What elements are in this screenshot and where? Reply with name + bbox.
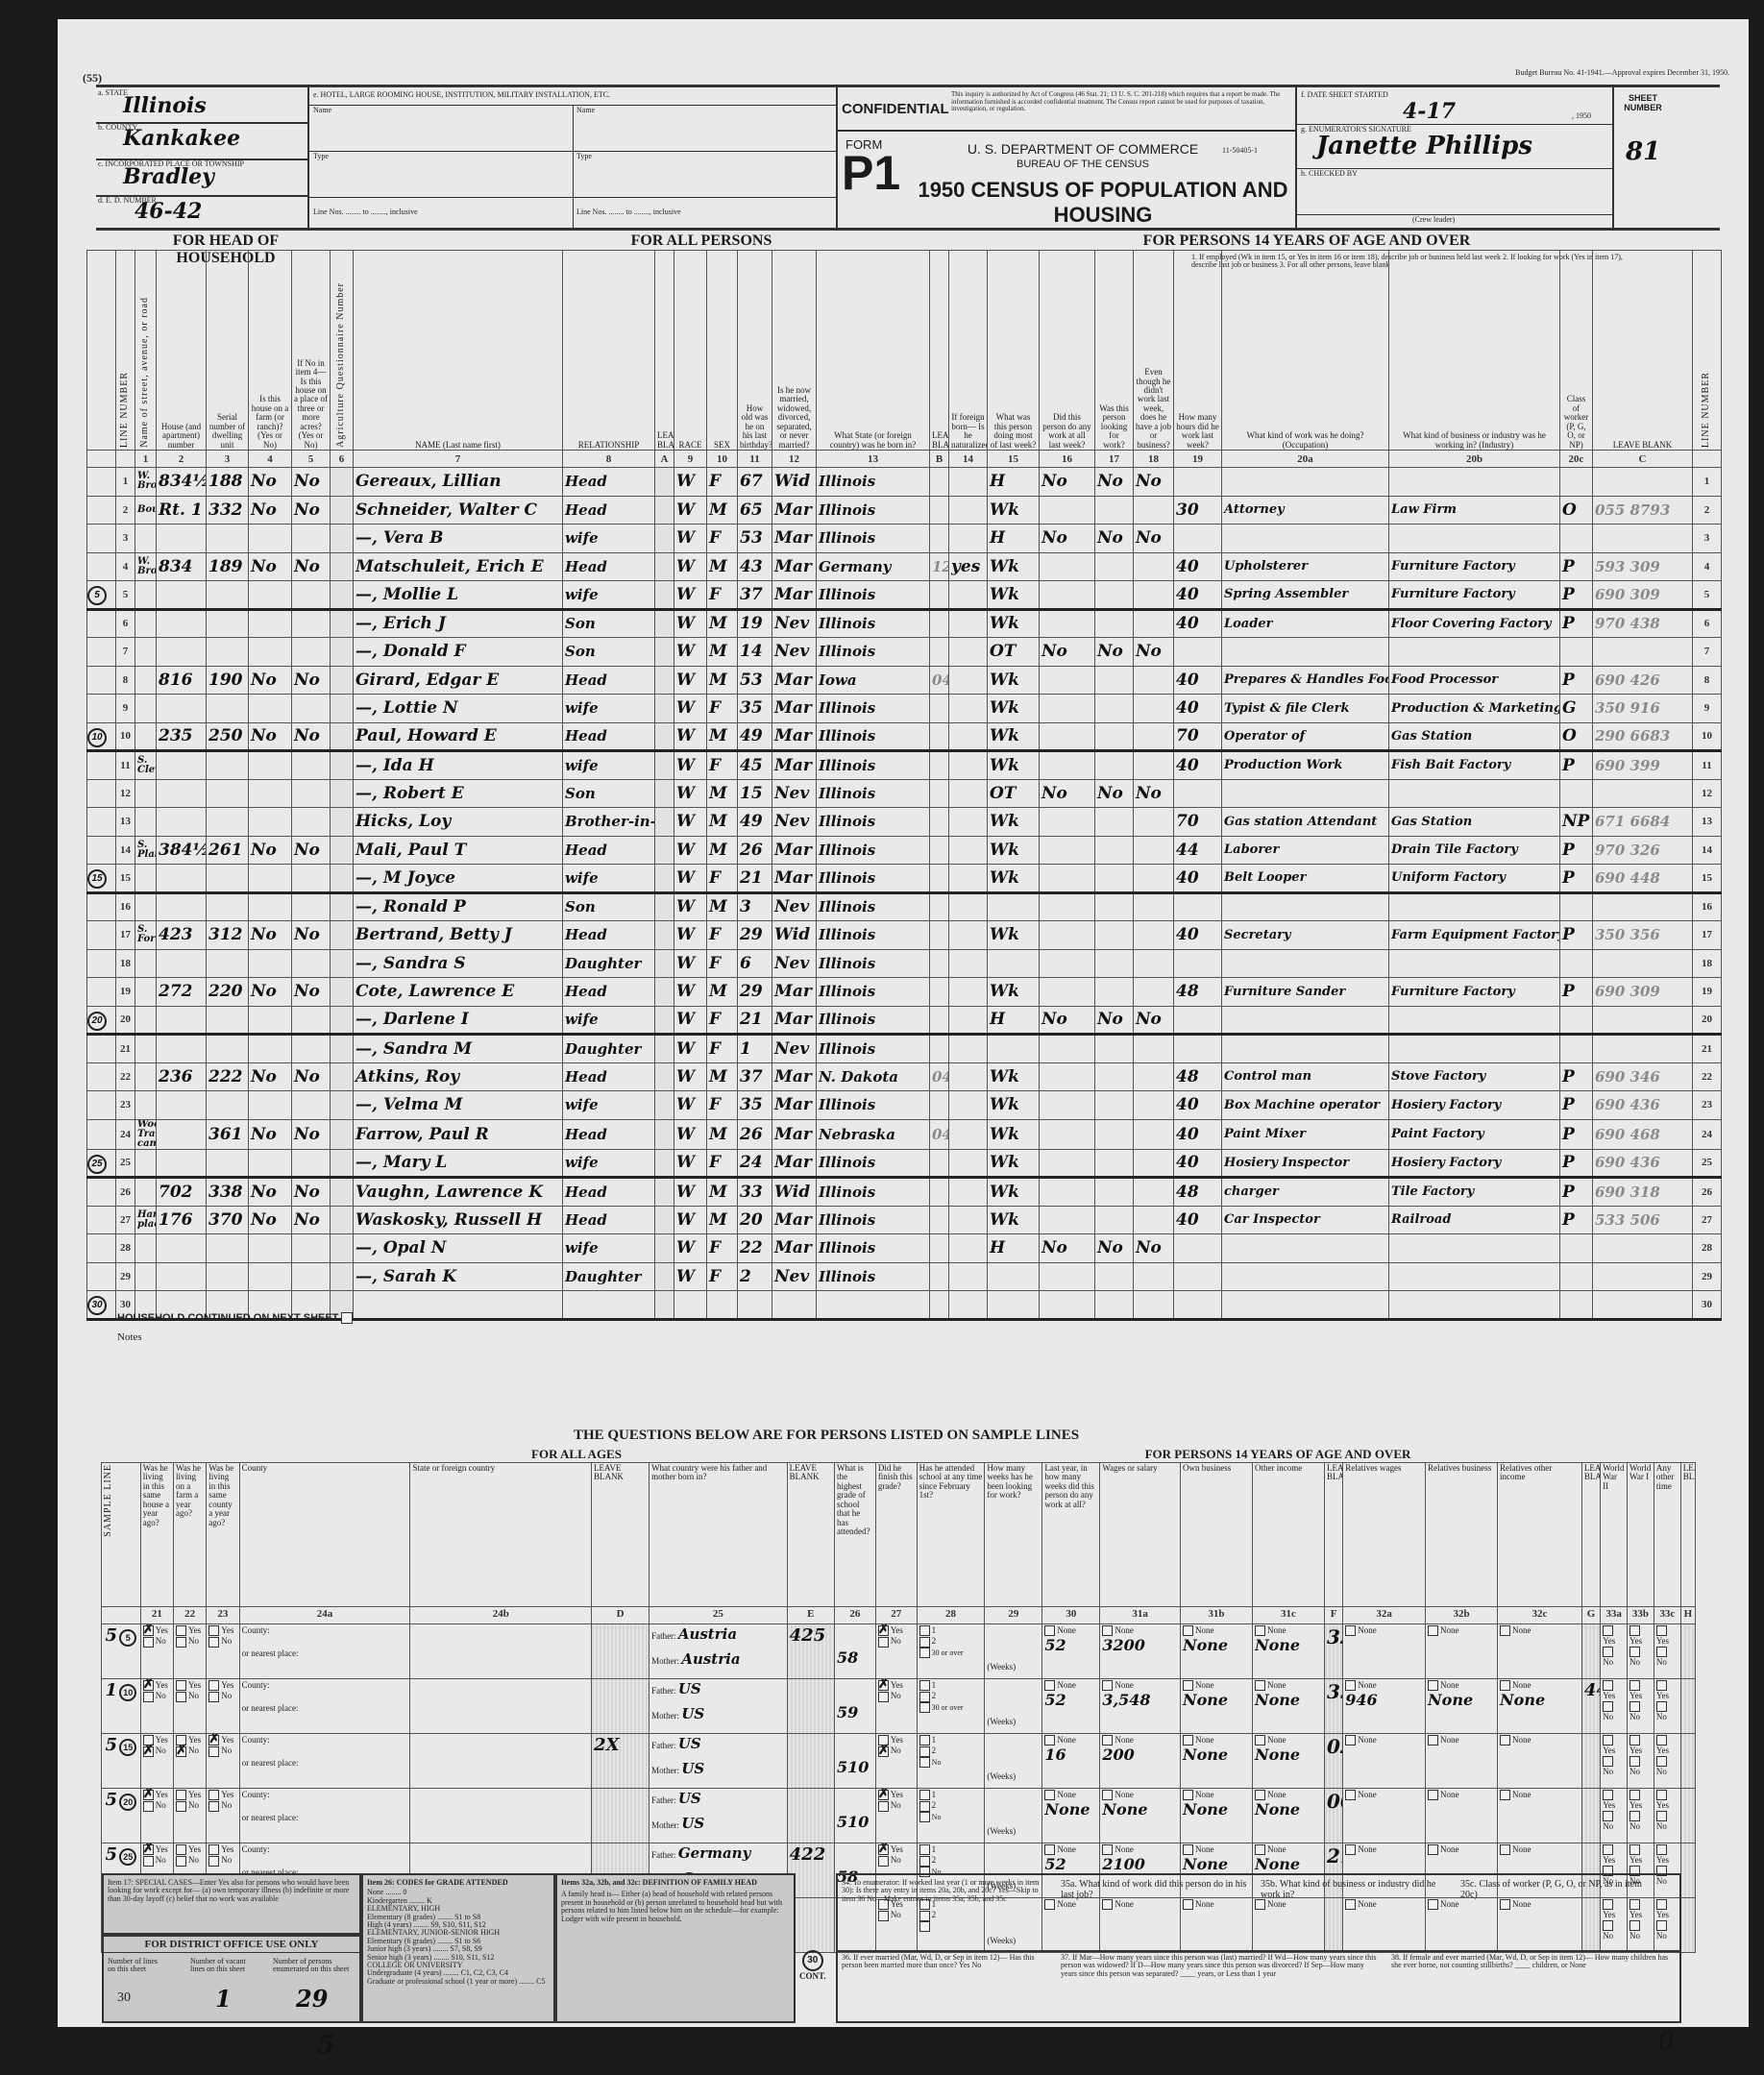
yes-label: Yes — [891, 1790, 903, 1799]
industry-cell: Floor Covering Factory — [1389, 609, 1560, 638]
q22-yes-checkbox[interactable] — [176, 1680, 186, 1691]
occupation-cell: Prepares & Handles Food Bags — [1222, 666, 1389, 695]
q30-none-checkbox[interactable] — [1044, 1735, 1055, 1745]
q33b-no-checkbox[interactable] — [1629, 1811, 1640, 1821]
house-number-cell: 176 — [157, 1206, 207, 1234]
q27-no-checkbox[interactable] — [878, 1856, 889, 1867]
q32c-none-checkbox[interactable] — [1500, 1680, 1510, 1691]
q27-no-checkbox[interactable] — [878, 1746, 889, 1757]
sample-header-row: SAMPLE LINE Was he living in this same h… — [102, 1463, 1696, 1607]
q21-no-checkbox[interactable] — [143, 1692, 154, 1702]
marital-status-cell: Mar — [772, 1149, 817, 1178]
q32a-none-checkbox[interactable] — [1345, 1735, 1356, 1745]
any-work-cell — [1040, 1119, 1095, 1149]
name-cell: —, M Joyce — [354, 865, 563, 893]
birthplace-cell: Illinois — [817, 468, 930, 497]
serial-number-cell: 220 — [207, 978, 249, 1007]
activity-cell: H — [988, 525, 1040, 553]
q31b-none-checkbox[interactable] — [1183, 1625, 1193, 1636]
q28-30-checkbox[interactable] — [919, 1812, 930, 1822]
page-ref: (55) — [83, 71, 102, 85]
age-cell: 1 — [738, 1035, 772, 1063]
census-row: 13Hicks, LoyBrother-in-lawWM49NevIllinoi… — [87, 808, 1722, 837]
sheet-number-label: SHEET NUMBER — [1618, 93, 1668, 112]
q22-yes-checkbox[interactable] — [176, 1790, 186, 1800]
sex-cell: M — [707, 1206, 738, 1234]
class-of-worker-cell: P — [1560, 1149, 1593, 1178]
none-label: None — [1267, 1625, 1286, 1635]
q32b-none-checkbox[interactable] — [1428, 1790, 1438, 1800]
q33a-yes-checkbox[interactable] — [1603, 1625, 1613, 1636]
agri-questionnaire-cell — [331, 666, 354, 695]
q33a: YesNo — [1603, 1735, 1625, 1776]
q22-no-checkbox[interactable] — [176, 1637, 186, 1648]
serial-number-cell — [207, 751, 249, 780]
yes-label: Yes — [1656, 1636, 1669, 1646]
q33b-no-checkbox[interactable] — [1629, 1647, 1640, 1657]
q33c-yes-checkbox[interactable] — [1656, 1680, 1667, 1691]
race-cell: W — [674, 666, 707, 695]
relationship-cell: Son — [563, 609, 655, 638]
q32b-none-checkbox[interactable] — [1428, 1735, 1438, 1745]
street-cell — [135, 695, 157, 723]
q31c-value: None — [1255, 1855, 1322, 1873]
q33c-no-checkbox[interactable] — [1656, 1701, 1667, 1712]
q32a-none-checkbox[interactable] — [1345, 1625, 1356, 1636]
q33a-no-checkbox[interactable] — [1603, 1756, 1613, 1767]
sex-cell: M — [707, 1062, 738, 1091]
occupation-cell — [1222, 468, 1389, 497]
q31c-none-checkbox[interactable] — [1255, 1735, 1265, 1745]
q33c-yes-checkbox[interactable] — [1656, 1735, 1667, 1745]
looking-for-work-cell — [1095, 552, 1134, 581]
any-work-cell — [1040, 1035, 1095, 1063]
none-label: None — [1115, 1735, 1134, 1745]
col-20a-header: What kind of work was he doing? (Occupat… — [1222, 251, 1389, 451]
agri-questionnaire-cell — [331, 921, 354, 950]
q27-yes-checkbox[interactable] — [878, 1625, 889, 1636]
none-label: None — [1195, 1844, 1214, 1854]
type-label-2: Type — [576, 153, 592, 160]
q31c-none-checkbox[interactable] — [1255, 1844, 1265, 1855]
naturalized-cell — [949, 1234, 988, 1263]
acres-cell — [292, 1234, 331, 1263]
street-cell — [135, 1234, 157, 1263]
sex-cell: M — [707, 1119, 738, 1149]
hours-cell: 40 — [1174, 1149, 1222, 1178]
q31a-none-checkbox[interactable] — [1102, 1735, 1113, 1745]
q33b: YesNo — [1629, 1790, 1652, 1831]
col-num: 12 — [772, 451, 817, 468]
q27-yes-checkbox[interactable] — [878, 1680, 889, 1691]
sample-line-marker — [87, 468, 116, 497]
age-cell: 33 — [738, 1178, 772, 1207]
no-label: No — [891, 1800, 901, 1810]
yes-label: Yes — [1629, 1800, 1642, 1810]
leave-blank-h — [1680, 1679, 1695, 1734]
q33a-header: World War II — [1601, 1463, 1628, 1607]
q33c-yes-checkbox[interactable] — [1656, 1790, 1667, 1800]
q33a-yes-checkbox[interactable] — [1603, 1844, 1613, 1855]
q31a-none-checkbox[interactable] — [1102, 1790, 1113, 1800]
q28-yes-checkbox[interactable] — [919, 1625, 930, 1636]
q21: YesNo — [143, 1790, 171, 1812]
race-cell: W — [674, 1178, 707, 1207]
farm-cell — [249, 865, 292, 893]
birthplace-cell: Illinois — [817, 722, 930, 751]
has-job-cell — [1134, 921, 1174, 950]
line-number: 17 — [116, 921, 135, 950]
q31c-none-checkbox[interactable] — [1255, 1680, 1265, 1691]
q23-no-checkbox[interactable] — [208, 1637, 219, 1648]
q32b-none-checkbox[interactable] — [1428, 1680, 1438, 1691]
house-number-cell — [157, 1234, 207, 1263]
q28-no-checkbox[interactable] — [919, 1856, 930, 1867]
q33c-yes-checkbox[interactable] — [1656, 1625, 1667, 1636]
q23-yes-checkbox[interactable] — [208, 1735, 219, 1745]
q28-30-checkbox[interactable] — [919, 1757, 930, 1768]
line-number: 28 — [116, 1234, 135, 1263]
q21-no-checkbox[interactable] — [143, 1801, 154, 1812]
q22-header: Was he living on a farm a year ago? — [174, 1463, 207, 1607]
q31b-none-checkbox[interactable] — [1183, 1790, 1193, 1800]
none-label: None — [1512, 1680, 1531, 1690]
birthplace-cell: Illinois — [817, 751, 930, 780]
farm-cell: No — [249, 921, 292, 950]
q32a-none-checkbox[interactable] — [1345, 1680, 1356, 1691]
no-label: No — [1603, 1657, 1613, 1667]
q28-30-checkbox[interactable] — [919, 1648, 930, 1658]
q32c-none-checkbox[interactable] — [1500, 1844, 1510, 1855]
marital-status-cell: Mar — [772, 722, 817, 751]
q21-yes-checkbox[interactable] — [143, 1790, 154, 1800]
street-cell — [135, 1091, 157, 1120]
q33c-yes-checkbox[interactable] — [1656, 1844, 1667, 1855]
house-number-cell: 702 — [157, 1178, 207, 1207]
house-number-cell — [157, 1119, 207, 1149]
q33a-yes-checkbox[interactable] — [1603, 1735, 1613, 1745]
industry-cell: Food Processor — [1389, 666, 1560, 695]
serial-number-cell — [207, 1091, 249, 1120]
q23-no-checkbox[interactable] — [208, 1692, 219, 1702]
code-cell: 690 346 — [1593, 1062, 1693, 1091]
below-mark: 5 — [317, 2031, 334, 2060]
has-job-cell: No — [1134, 1006, 1174, 1035]
yes-label: Yes — [1603, 1691, 1615, 1700]
acres-cell — [292, 525, 331, 553]
q33b-yes-checkbox[interactable] — [1629, 1844, 1640, 1855]
sample-line-marker — [87, 525, 116, 553]
col-num: 11 — [738, 451, 772, 468]
leave-blank-b-cell — [930, 1291, 949, 1320]
code-cell: 690 399 — [1593, 751, 1693, 780]
q27-yes-checkbox[interactable] — [878, 1790, 889, 1800]
leave-blank-a-cell — [655, 949, 674, 978]
q22-no-checkbox[interactable] — [176, 1692, 186, 1702]
none-label: None — [1512, 1844, 1531, 1854]
q28-yes-checkbox[interactable] — [919, 1844, 930, 1855]
q22: YesNo — [176, 1680, 204, 1702]
activity-cell: Wk — [988, 722, 1040, 751]
name-cell: Girard, Edgar E — [354, 666, 563, 695]
q23-yes-checkbox[interactable] — [208, 1625, 219, 1636]
has-job-cell — [1134, 1178, 1174, 1207]
q28-yes-checkbox[interactable] — [919, 1790, 930, 1800]
relationship-cell: wife — [563, 751, 655, 780]
q30-value: 16 — [1044, 1745, 1097, 1764]
q21-no-checkbox[interactable] — [143, 1746, 154, 1757]
any-work-cell: No — [1040, 779, 1095, 808]
line-number-right-header: LINE NUMBER — [1693, 251, 1722, 451]
sex-cell: M — [707, 892, 738, 921]
race-cell: W — [674, 892, 707, 921]
father-country: Austria — [678, 1625, 737, 1643]
q33b: YesNo — [1629, 1680, 1652, 1721]
occupation-cell: Hosiery Inspector — [1222, 1149, 1389, 1178]
birthplace-cell: Illinois — [817, 1234, 930, 1263]
relationship-cell: wife — [563, 581, 655, 610]
q23-no-checkbox[interactable] — [208, 1856, 219, 1867]
name-label-1: Name — [313, 107, 331, 114]
looking-for-work-cell — [1095, 1178, 1134, 1207]
q31b: NoneNone — [1183, 1844, 1250, 1873]
q21: YesNo — [143, 1625, 171, 1648]
class-of-worker-cell — [1560, 1234, 1593, 1263]
q32b-none-checkbox[interactable] — [1428, 1844, 1438, 1855]
q33c-no-checkbox[interactable] — [1656, 1756, 1667, 1767]
q31b: NoneNone — [1183, 1735, 1250, 1764]
bureau: BUREAU OF THE CENSUS — [943, 159, 1222, 170]
q32b: NoneNone — [1428, 1680, 1495, 1709]
industry-cell: Uniform Factory — [1389, 865, 1560, 893]
sample-line-marker — [87, 978, 116, 1007]
q32b-none-checkbox[interactable] — [1428, 1625, 1438, 1636]
q31a-none-checkbox[interactable] — [1102, 1680, 1113, 1691]
yes-label: Yes — [1656, 1745, 1669, 1755]
farm-cell: No — [249, 1178, 292, 1207]
q32c-none-checkbox[interactable] — [1500, 1625, 1510, 1636]
q28-no-checkbox[interactable] — [919, 1692, 930, 1702]
name-cell: Atkins, Roy — [354, 1062, 563, 1091]
q23-no-checkbox[interactable] — [208, 1746, 219, 1757]
q27-yes-checkbox[interactable] — [878, 1844, 889, 1855]
line-number-right: 4 — [1693, 552, 1722, 581]
race-cell: W — [674, 525, 707, 553]
q32c-none-checkbox[interactable] — [1500, 1735, 1510, 1745]
household-continued-checkbox[interactable] — [341, 1312, 353, 1324]
date-year: , 1950 — [1572, 112, 1591, 120]
has-job-cell — [1134, 836, 1174, 865]
sample-line-number: 15 — [119, 1739, 136, 1756]
q21-no-checkbox[interactable] — [143, 1637, 154, 1648]
line-number: 22 — [116, 1062, 135, 1091]
age-cell: 14 — [738, 638, 772, 667]
nearest-place-label: or nearest place: — [242, 1648, 408, 1658]
q23-yes-checkbox[interactable] — [208, 1844, 219, 1855]
yes-label: Yes — [221, 1790, 233, 1799]
q21-yes-checkbox[interactable] — [143, 1625, 154, 1636]
q33a-no-checkbox[interactable] — [1603, 1647, 1613, 1657]
industry-cell: Tile Factory — [1389, 1178, 1560, 1207]
col-num: 29 — [985, 1607, 1042, 1624]
q33c-no-checkbox[interactable] — [1656, 1811, 1667, 1821]
q33c-no-checkbox[interactable] — [1656, 1647, 1667, 1657]
q21-no-checkbox[interactable] — [143, 1856, 154, 1867]
q23-yes-checkbox[interactable] — [208, 1790, 219, 1800]
q30-value: 52 — [1044, 1855, 1097, 1873]
grade-codes-box: Item 26: CODES for GRADE ATTENDED None .… — [361, 1873, 555, 2023]
q21: YesNo — [143, 1844, 171, 1867]
title-panel: CONFIDENTIAL This inquiry is authorized … — [838, 87, 1297, 228]
state-value: Illinois — [123, 93, 207, 118]
q31a: NoneNone — [1102, 1790, 1178, 1819]
q28-30-checkbox[interactable] — [919, 1702, 930, 1713]
looking-for-work-cell — [1095, 1035, 1134, 1063]
q30-none-checkbox[interactable] — [1044, 1790, 1055, 1800]
naturalized-cell — [949, 808, 988, 837]
q33b-yes-checkbox[interactable] — [1629, 1790, 1640, 1800]
line-number: 29 — [116, 1262, 135, 1291]
q30-none-checkbox[interactable] — [1044, 1844, 1055, 1855]
leave-blank-a-cell — [655, 722, 674, 751]
q22-no-checkbox[interactable] — [176, 1746, 186, 1757]
q31c-none-checkbox[interactable] — [1255, 1790, 1265, 1800]
looking-for-work-cell — [1095, 892, 1134, 921]
agri-questionnaire-cell — [331, 865, 354, 893]
q22: YesNo — [176, 1844, 204, 1867]
industry-cell: Furniture Factory — [1389, 978, 1560, 1007]
activity-cell: Wk — [988, 865, 1040, 893]
q27-no-checkbox[interactable] — [878, 1692, 889, 1702]
section-persons-14: FOR PERSONS 14 YEARS OF AGE AND OVER — [1018, 232, 1595, 250]
has-job-cell: No — [1134, 525, 1174, 553]
naturalized-cell — [949, 865, 988, 893]
naturalized-cell — [949, 525, 988, 553]
q30-none-checkbox[interactable] — [1044, 1625, 1055, 1636]
industry-cell: Law Firm — [1389, 496, 1560, 525]
none-label: None — [1195, 1680, 1214, 1690]
q32a-none-checkbox[interactable] — [1345, 1790, 1356, 1800]
street-cell — [135, 949, 157, 978]
census-row: 55—, Mollie LwifeWF37MarIllinoisWk40Spri… — [87, 581, 1722, 610]
q23-no-checkbox[interactable] — [208, 1801, 219, 1812]
occupation-cell: Loader — [1222, 609, 1389, 638]
q28-value: 30 or over — [932, 1648, 964, 1657]
q31c-none-checkbox[interactable] — [1255, 1625, 1265, 1636]
q33b-no-checkbox[interactable] — [1629, 1701, 1640, 1712]
q30-none-checkbox[interactable] — [1044, 1680, 1055, 1691]
hours-cell — [1174, 1006, 1222, 1035]
q32b: None — [1428, 1790, 1495, 1800]
q33a-yes-checkbox[interactable] — [1603, 1790, 1613, 1800]
q31b: NoneNone — [1183, 1680, 1250, 1709]
q32c-none-checkbox[interactable] — [1500, 1790, 1510, 1800]
age-cell: 49 — [738, 808, 772, 837]
q31a-none-checkbox[interactable] — [1102, 1625, 1113, 1636]
q22-yes-checkbox[interactable] — [176, 1844, 186, 1855]
naturalized-cell — [949, 609, 988, 638]
q31b-none-checkbox[interactable] — [1183, 1735, 1193, 1745]
q32a-none-checkbox[interactable] — [1345, 1844, 1356, 1855]
activity-cell: H — [988, 468, 1040, 497]
q22-no-checkbox[interactable] — [176, 1801, 186, 1812]
none-label: None — [1440, 1844, 1459, 1854]
q33b-yes-checkbox[interactable] — [1629, 1680, 1640, 1691]
birthplace-cell: Illinois — [817, 1206, 930, 1234]
q32a: None — [1345, 1625, 1423, 1636]
q31b-none-checkbox[interactable] — [1183, 1844, 1193, 1855]
farm-cell: No — [249, 1206, 292, 1234]
col-19-header: How many hours did he work last week? — [1174, 251, 1222, 451]
agri-questionnaire-cell — [331, 779, 354, 808]
household-continued: HOUSEHOLD CONTINUED ON NEXT SHEET — [117, 1312, 355, 1324]
code-cell: 350 356 — [1593, 921, 1693, 950]
looking-for-work-cell: No — [1095, 468, 1134, 497]
occupation-cell: Box Machine operator — [1222, 1091, 1389, 1120]
q31a-none-checkbox[interactable] — [1102, 1844, 1113, 1855]
q23-yes-checkbox[interactable] — [208, 1680, 219, 1691]
q28-yes-checkbox[interactable] — [919, 1735, 930, 1745]
naturalized-cell — [949, 949, 988, 978]
q33b-yes-checkbox[interactable] — [1629, 1735, 1640, 1745]
looking-for-work-cell — [1095, 695, 1134, 723]
q33a-no-checkbox[interactable] — [1603, 1701, 1613, 1712]
yes-label: Yes — [156, 1735, 168, 1745]
class-of-worker-cell: P — [1560, 666, 1593, 695]
leave-blank-b-cell — [930, 1234, 949, 1263]
house-number-cell — [157, 609, 207, 638]
occupation-cell — [1222, 779, 1389, 808]
relationship-cell: Son — [563, 779, 655, 808]
acres-cell — [292, 751, 331, 780]
q33a-yes-checkbox[interactable] — [1603, 1680, 1613, 1691]
q32b: None — [1428, 1735, 1495, 1745]
q31b-none-checkbox[interactable] — [1183, 1680, 1193, 1691]
code-cell: 690 426 — [1593, 666, 1693, 695]
q28-no-checkbox[interactable] — [919, 1801, 930, 1812]
race-cell: W — [674, 1262, 707, 1291]
q23-header: Was he living in this same county a year… — [207, 1463, 239, 1607]
q33b-yes-checkbox[interactable] — [1629, 1625, 1640, 1636]
sample-line-marker — [87, 892, 116, 921]
class-of-worker-cell — [1560, 1291, 1593, 1320]
q22-yes-checkbox[interactable] — [176, 1625, 186, 1636]
agri-questionnaire-cell — [331, 496, 354, 525]
q33a-no-checkbox[interactable] — [1603, 1811, 1613, 1821]
class-of-worker-cell: P — [1560, 581, 1593, 610]
occupation-cell: Production Work — [1222, 751, 1389, 780]
q22-no-checkbox[interactable] — [176, 1856, 186, 1867]
q28-no-checkbox[interactable] — [919, 1637, 930, 1648]
serial-number-cell — [207, 1234, 249, 1263]
q28-no-checkbox[interactable] — [919, 1746, 930, 1757]
naturalized-cell — [949, 638, 988, 667]
q28-yes-checkbox[interactable] — [919, 1680, 930, 1691]
line-number-right: 11 — [1693, 751, 1722, 780]
q21-header: Was he living in this same house a year … — [140, 1463, 173, 1607]
class-of-worker-cell — [1560, 1035, 1593, 1063]
q21-yes-checkbox[interactable] — [143, 1844, 154, 1855]
q28-header: Has he attended school at any time since… — [917, 1463, 985, 1607]
q21-yes-checkbox[interactable] — [143, 1680, 154, 1691]
class-of-worker-cell: P — [1560, 836, 1593, 865]
looking-for-work-cell — [1095, 836, 1134, 865]
q27-no-checkbox[interactable] — [878, 1801, 889, 1812]
col-num: 33b — [1628, 1607, 1654, 1624]
q27-no-checkbox[interactable] — [878, 1637, 889, 1648]
father-country: US — [678, 1790, 701, 1807]
q33b-no-checkbox[interactable] — [1629, 1756, 1640, 1767]
